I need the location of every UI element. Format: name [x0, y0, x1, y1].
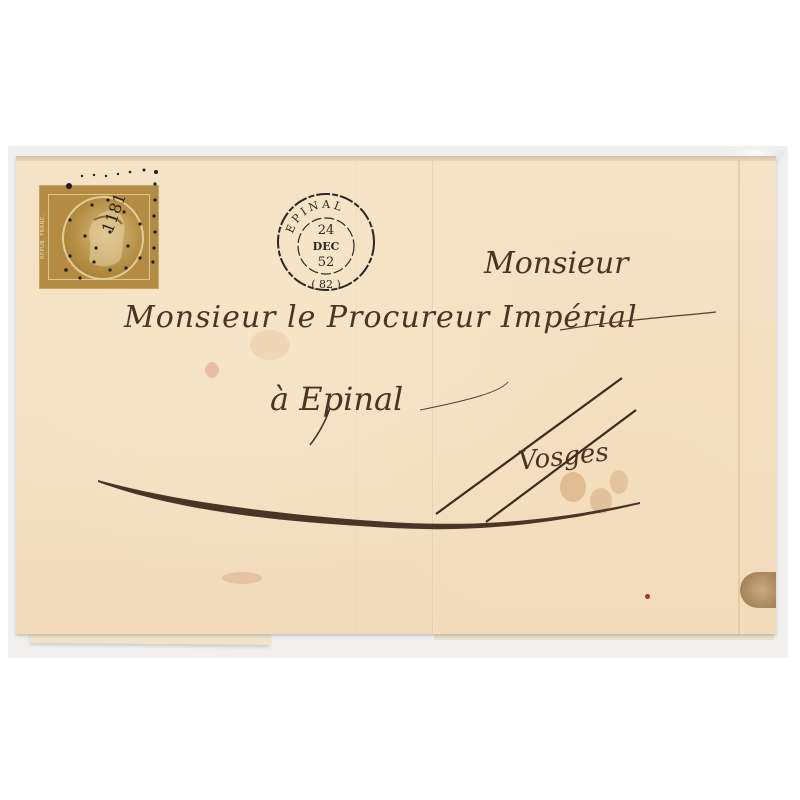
pen-strokes: [0, 0, 800, 800]
